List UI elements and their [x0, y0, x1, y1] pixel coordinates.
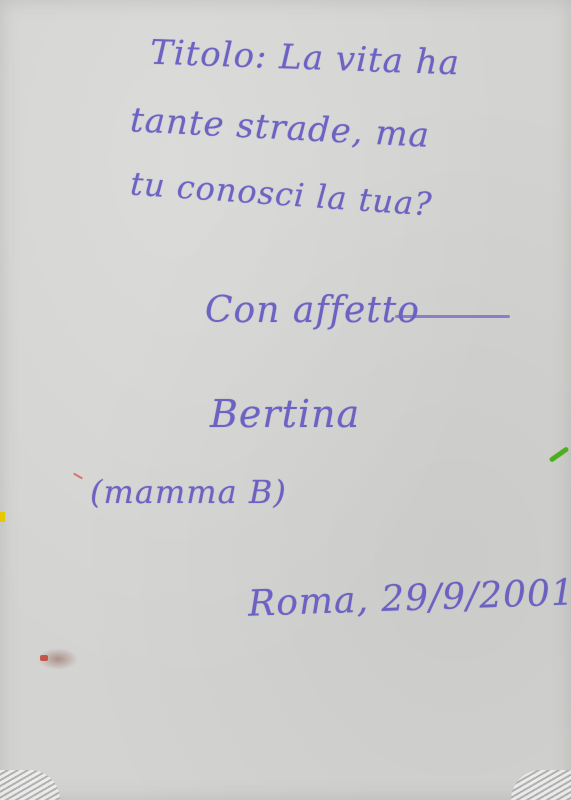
- red-dash-mark: [73, 473, 83, 480]
- handwritten-card: Titolo: La vita ha tante strade, ma tu c…: [0, 0, 571, 800]
- title-line: Titolo: La vita ha: [149, 33, 460, 84]
- signature: Bertina: [210, 392, 360, 436]
- green-ink-mark: [549, 446, 570, 463]
- signature-note: (mamma B): [90, 473, 287, 511]
- red-stain-mark: [40, 655, 48, 661]
- place-date: Roma, 29/9/2001: [247, 572, 571, 624]
- bottom-left-corner-curl: [0, 770, 60, 800]
- bottom-right-corner-curl: [511, 770, 571, 800]
- greeting-underline-stroke: [395, 315, 510, 318]
- message-line-3: tu conosci la tua?: [129, 164, 434, 223]
- greeting: Con affetto: [205, 290, 420, 331]
- yellow-edge-mark: [0, 512, 5, 522]
- message-line-2: tante strade, ma: [129, 100, 431, 156]
